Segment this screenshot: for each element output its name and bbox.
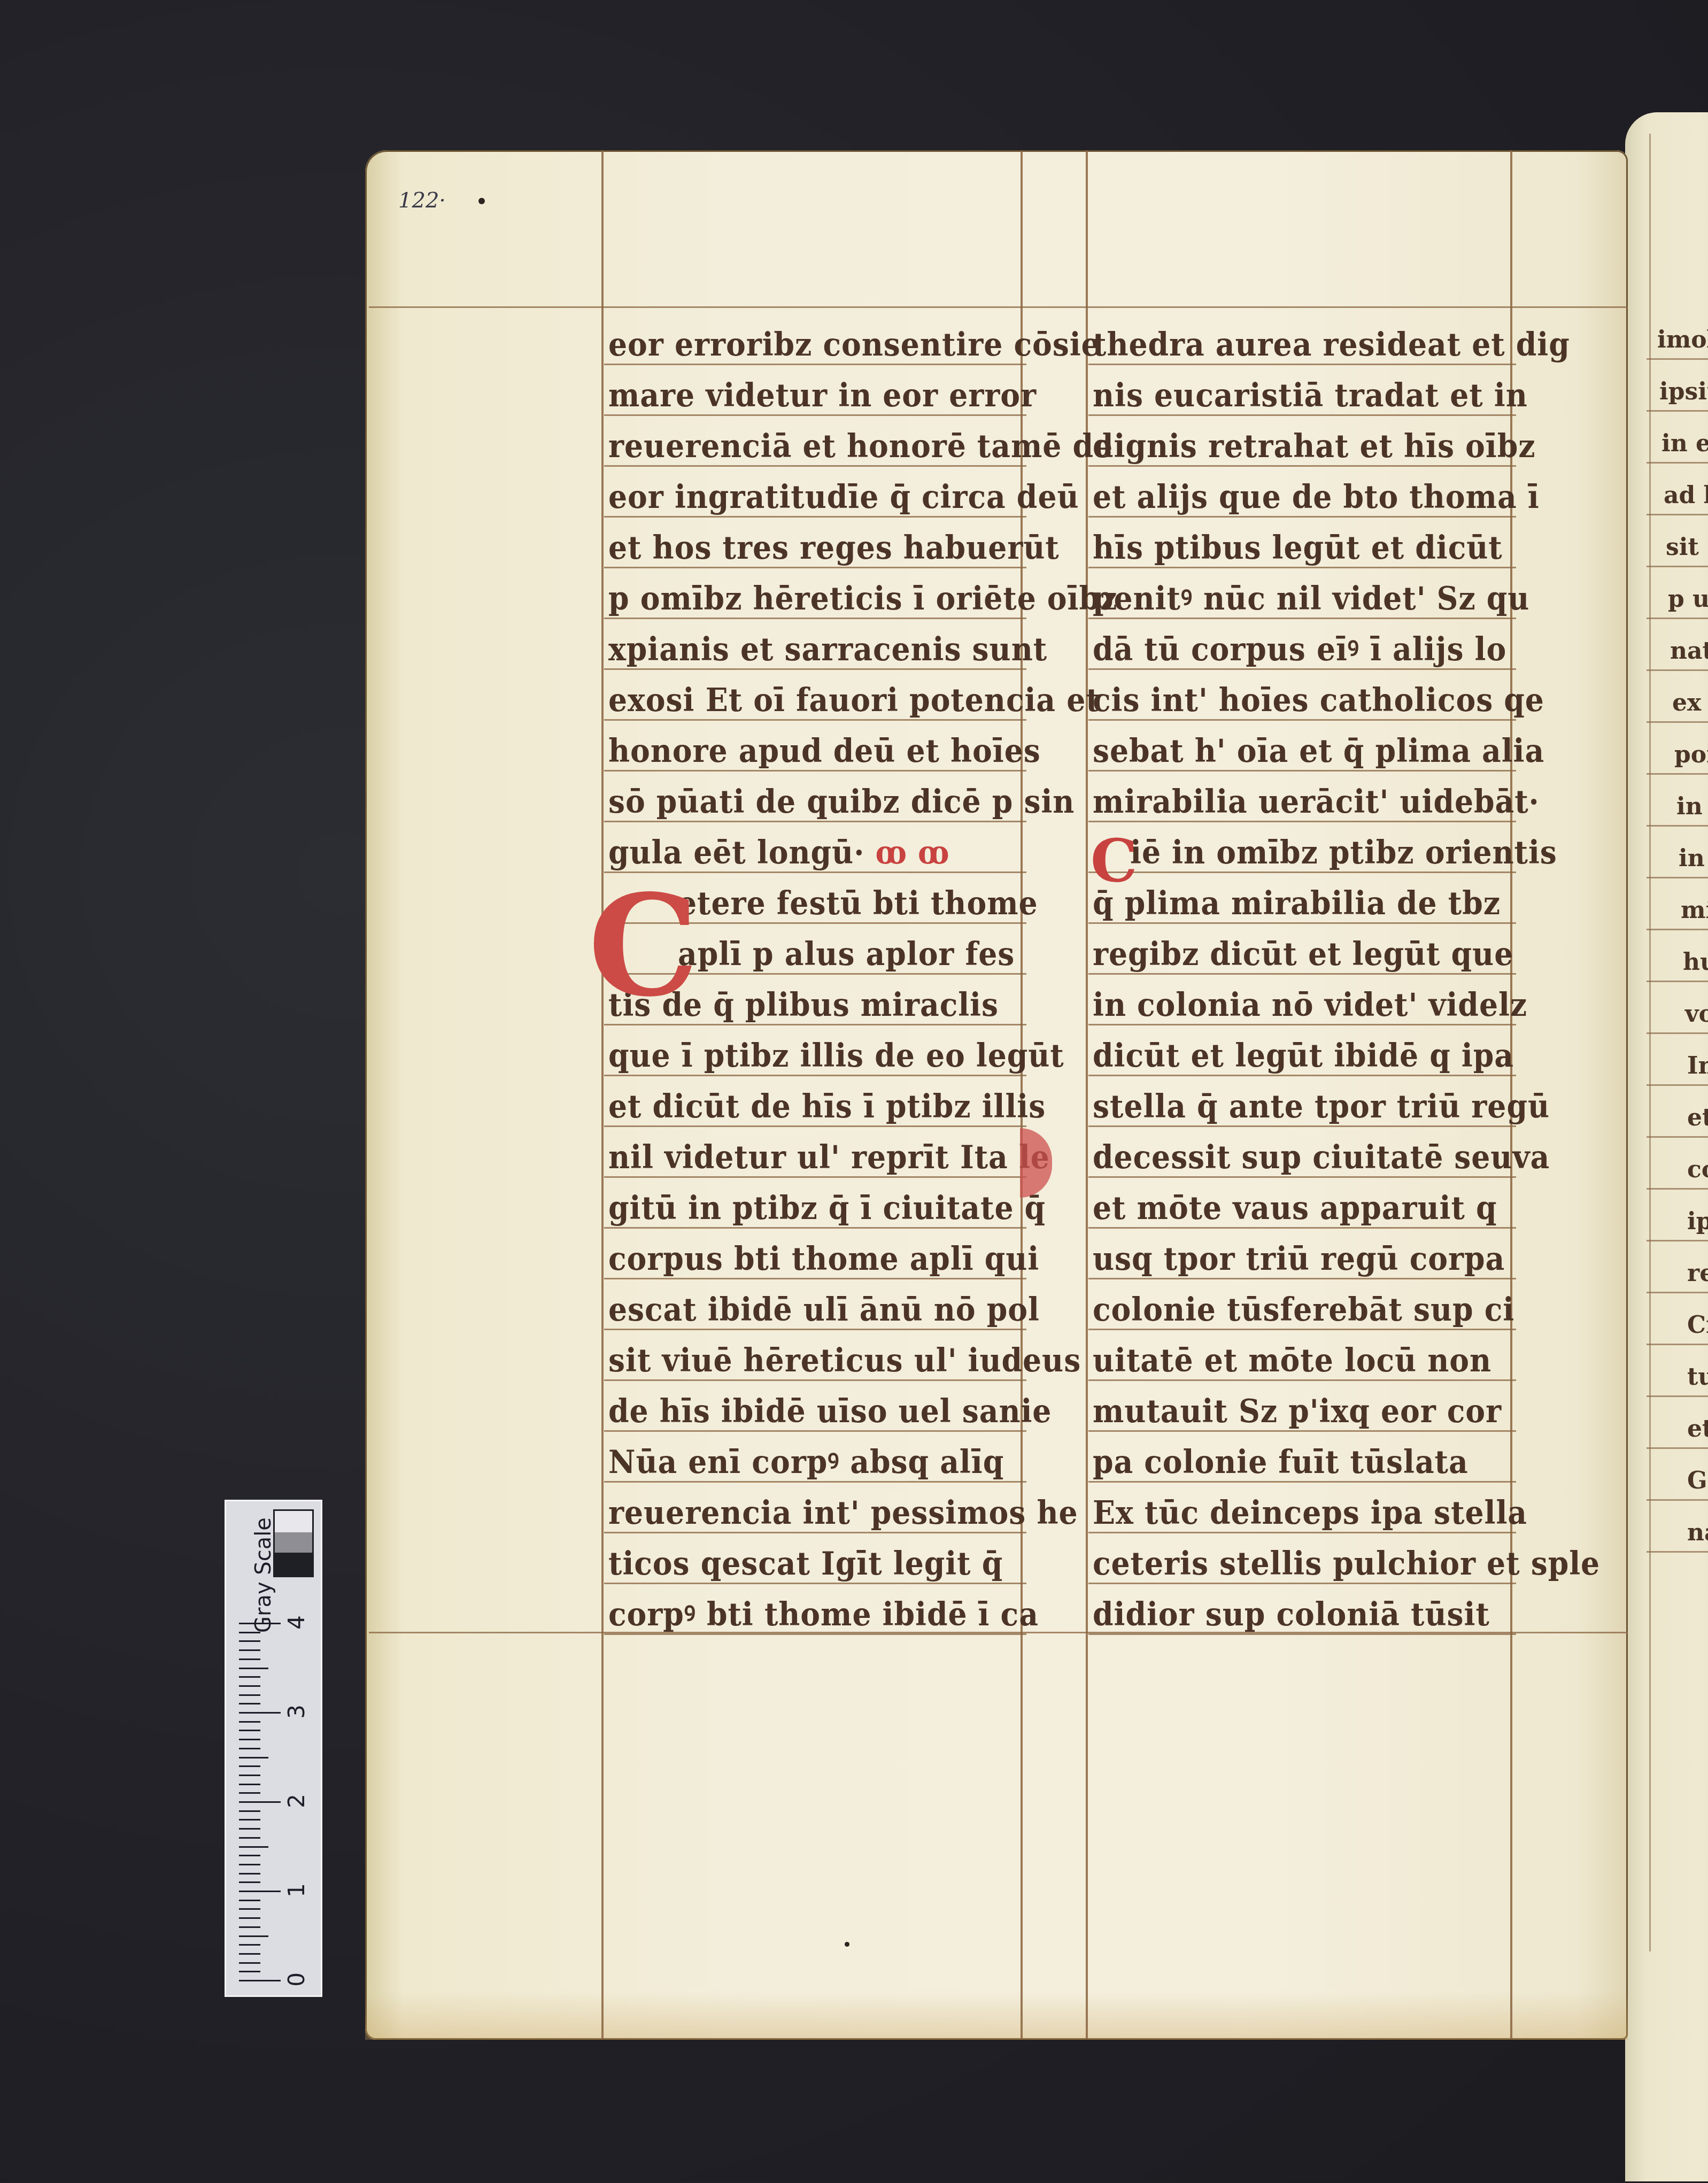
text-line: sit viuē hēreticus ul' iudeus [608, 1342, 1081, 1379]
line-ruling [1088, 1532, 1516, 1533]
ruler-tick [239, 1730, 260, 1731]
facing-line-ruling [1647, 514, 1708, 515]
text-line: Nūa enī corpꝰ absq alīq [608, 1444, 1004, 1481]
facing-line-ruling [1647, 566, 1708, 567]
facing-text-fragment: sit stel [1666, 534, 1708, 561]
text-line: eor ingratitudīe q̄ circa deū [608, 479, 1079, 516]
ruler-tick [239, 1980, 281, 1981]
facing-line-ruling [1647, 410, 1708, 412]
line-ruling [604, 668, 1026, 670]
line-ruling [1088, 1379, 1516, 1381]
ruler-tick [239, 1792, 260, 1794]
water-stain [365, 1992, 1628, 2040]
line-ruling [1088, 1176, 1516, 1178]
text-line: didior sup coloniā tūsit [1093, 1596, 1490, 1633]
text-line: eor erroribz consentire cōsie [608, 326, 1101, 364]
ruler-tick [239, 1721, 260, 1723]
gray-scale-card: Gray Scale 01234 [225, 1500, 322, 1997]
text-line: nil videtur ul' reprīt Ita le [608, 1139, 1050, 1176]
ruler-tick [239, 1819, 260, 1821]
line-ruling [604, 719, 1026, 721]
text-line: thedra aurea resideat et dig [1093, 326, 1570, 364]
text-line: dicūt et legūt ibidē q ipa [1093, 1037, 1514, 1075]
gray-scale-label: Gray Scale [251, 1516, 276, 1634]
facing-line-ruling [1647, 721, 1708, 723]
line-ruling [604, 1430, 1026, 1432]
ruler-tick [239, 1881, 260, 1883]
ruler-tick [239, 1846, 268, 1848]
line-ruling [604, 618, 1026, 619]
ruler-tick [239, 1935, 268, 1937]
line-ruling [1088, 922, 1516, 924]
text-line: pa colonie fuīt tūslata [1093, 1444, 1469, 1481]
text-line: dignis retrahat et hīs oībz [1093, 428, 1536, 465]
facing-line-ruling [1647, 1136, 1708, 1138]
facing-text-fragment: copus [1687, 1156, 1708, 1183]
ruler-tick [239, 1953, 260, 1955]
text-line: xpianis et sarracenis sunt [608, 631, 1047, 668]
facing-text-fragment: ex tu [1672, 689, 1708, 716]
facing-text-fragment: et [1687, 1415, 1708, 1443]
text-line: aplī p alus aplor fes [678, 936, 1015, 973]
line-ruling [1088, 364, 1516, 365]
ruler-tick [239, 1810, 260, 1812]
facing-page-ruling [1649, 134, 1651, 1951]
line-ruling [1088, 770, 1516, 772]
facing-text-fragment: hunchus [1683, 948, 1708, 976]
ruler-tick [239, 1623, 281, 1624]
text-line: gitū in ptibz q̄ ī ciuitate q̄ [608, 1190, 1046, 1227]
facing-text-fragment: et [1687, 1104, 1708, 1131]
ruler-tick [239, 1757, 268, 1758]
foliation-number: 122· [398, 188, 446, 213]
facing-line-ruling [1647, 618, 1708, 619]
ruler-tick [239, 1944, 260, 1946]
ruler-tick [239, 1668, 268, 1669]
text-line: sō pūati de quibz dicē p sin [608, 783, 1075, 821]
text-line: colonie tūsferebāt sup ci [1093, 1291, 1514, 1329]
line-ruling [1088, 567, 1516, 568]
line-ruling [604, 1125, 1026, 1127]
facing-text-fragment: in tru [1679, 845, 1708, 872]
text-line: de hīs ibidē uīso uel sanie [608, 1393, 1052, 1430]
text-line: honore apud deū et hoīes [608, 732, 1041, 770]
line-ruling [604, 1075, 1026, 1076]
facing-text-fragment: poni [1674, 741, 1708, 768]
facing-line-ruling [1647, 1395, 1708, 1397]
ruler-tick [239, 1900, 260, 1901]
text-line: et hos tres reges habuerūt [608, 529, 1060, 567]
ink-dot [478, 198, 485, 204]
text-line: uitatē et mōte locū non [1093, 1342, 1491, 1379]
facing-line-ruling [1647, 1032, 1708, 1034]
line-ruling [604, 1176, 1026, 1178]
text-line: penitꝰ nūc nil videt' Sz qu [1093, 580, 1529, 618]
facing-line-ruling [1647, 773, 1708, 775]
line-ruling [1088, 1024, 1516, 1025]
text-line: reuerenciā et honorē tamē de [608, 428, 1113, 465]
line-ruling [1088, 668, 1516, 670]
facing-text-fragment: ipa b [1687, 1208, 1708, 1235]
text-line: hīs ptibus legūt et dicūt [1093, 529, 1503, 567]
text-line: et alijs que de bto thoma ī [1093, 479, 1540, 516]
facing-text-fragment: ipsitem [1659, 378, 1708, 405]
ruler-tick [239, 1784, 260, 1785]
facing-page: imobilipsitemin eorad honsit stelp unina… [1625, 112, 1708, 2181]
ruler-tick [239, 1685, 260, 1687]
text-line: in colonia nō videt' videlz [1093, 986, 1527, 1024]
line-ruling [1088, 1329, 1516, 1330]
text-line: que ī ptibz illis de eo legūt [608, 1037, 1064, 1075]
ink-dot [845, 1942, 849, 1947]
facing-text-fragment: tu [1687, 1363, 1708, 1391]
text-line: dā tū corpus eīꝰ ī alijs lo [1093, 631, 1506, 668]
text-line: usq tpor triū regū corpa [1093, 1240, 1505, 1278]
text-line: mutauit Sz p'ixq eor cor [1093, 1393, 1502, 1430]
line-ruling [1088, 465, 1516, 467]
facing-line-ruling [1647, 929, 1708, 930]
line-ruling [1088, 871, 1516, 873]
text-line: exosi Et oī fauori potencia et [608, 682, 1100, 719]
line-ruling [1088, 414, 1516, 416]
line-ruling [604, 465, 1026, 467]
red-initial-c: C [1091, 831, 1138, 890]
line-ruling [1088, 821, 1516, 822]
line-ruling [1088, 719, 1516, 721]
ruler-tick [239, 1712, 281, 1714]
ruler-tick [239, 1659, 260, 1660]
line-ruling [604, 1227, 1026, 1229]
rubric-line-filler: ꝏ ꝏ [864, 834, 949, 871]
text-line: regibz dicūt et legūt que [1093, 936, 1513, 973]
text-line: cis int' hoīes catholicos qe [1093, 682, 1544, 719]
ruler-tick [239, 1632, 260, 1633]
text-line: sebat h' oīa et q̄ plima alia [1093, 732, 1544, 770]
line-ruling [604, 516, 1026, 518]
facing-text-fragment: natu [1670, 637, 1708, 665]
facing-line-ruling [1647, 1292, 1708, 1293]
text-line: p omībz hēreticis ī oriēte oībz [608, 580, 1117, 618]
text-line: escat ibidē ulī ānū nō pol [608, 1291, 1040, 1329]
text-line: etere festū bti thome [678, 885, 1038, 922]
ruler-tick [239, 1971, 260, 1972]
line-ruling [604, 821, 1026, 822]
facing-line-ruling [1647, 1499, 1708, 1501]
text-line: et dicūt de hīs ī ptibz illis [608, 1088, 1046, 1125]
ruler-tick [239, 1739, 260, 1740]
ruler-tick [239, 1864, 260, 1865]
text-line: nis eucaristiā tradat et in [1093, 377, 1528, 414]
line-ruling [604, 364, 1026, 365]
facing-line-ruling [1647, 1344, 1708, 1345]
line-ruling [1088, 973, 1516, 975]
line-ruling [1088, 1075, 1516, 1076]
line-ruling [604, 1532, 1026, 1533]
text-line: stella q̄ ante tpor triū regū [1093, 1088, 1550, 1125]
facing-line-ruling [1647, 825, 1708, 827]
facing-line-ruling [1647, 877, 1708, 878]
text-line: mirabilia uerācit' uidebāt· [1093, 783, 1540, 821]
swatch-black [273, 1553, 314, 1577]
ruler-tick [239, 1962, 260, 1964]
ruler-tick [239, 1676, 260, 1678]
column-ruling-left [601, 150, 604, 2040]
facing-text-fragment: vos [1685, 1000, 1708, 1028]
facing-text-fragment: regnu [1687, 1260, 1708, 1287]
text-line: Ex tūc deinceps ipa stella [1093, 1494, 1527, 1532]
text-line: q̄ plima mirabilia de tbz [1093, 885, 1501, 922]
facing-line-ruling [1647, 981, 1708, 982]
ruler-tick [239, 1926, 260, 1928]
ruler-tick [239, 1828, 260, 1830]
line-ruling [1088, 1583, 1516, 1584]
facing-text-fragment: natū [1687, 1519, 1708, 1546]
ruler-tick [239, 1908, 260, 1910]
facing-line-ruling [1647, 1188, 1708, 1190]
ruler-tick [239, 1649, 260, 1651]
line-ruling [1088, 1633, 1516, 1635]
facing-line-ruling [1647, 669, 1708, 671]
facing-text-fragment: mirabil [1681, 897, 1708, 924]
text-line: ceteris stellis pulchior et sple [1093, 1545, 1600, 1583]
line-ruling [604, 1633, 1026, 1635]
text-line: corpus bti thome aplī qui [608, 1240, 1039, 1278]
line-ruling [604, 770, 1026, 772]
facing-line-ruling [1647, 1240, 1708, 1241]
text-line: mare videtur in eor error [608, 377, 1037, 414]
line-ruling [604, 1379, 1026, 1381]
facing-line-ruling [1647, 1084, 1708, 1086]
facing-line-ruling [1647, 358, 1708, 360]
ruler-tick [239, 1694, 260, 1696]
ruler-number: 2 [283, 1794, 310, 1808]
line-ruling [1088, 1227, 1516, 1229]
ruler-tick [239, 1801, 281, 1803]
swatch-white [273, 1509, 314, 1532]
line-ruling [1088, 1430, 1516, 1432]
text-line: corpꝰ bti thome ibidē ī ca [608, 1596, 1039, 1633]
ruler-number: 3 [283, 1704, 310, 1719]
line-ruling [604, 414, 1026, 416]
line-ruling [1088, 1481, 1516, 1483]
facing-text-fragment: imobil [1657, 326, 1708, 353]
line-ruling [1088, 1125, 1516, 1127]
ruler-tick [239, 1748, 260, 1749]
ruler-tick [239, 1917, 260, 1919]
ruler-tick [239, 1855, 260, 1856]
ruler-tick [239, 1873, 260, 1875]
text-line: decessit sup ciuitatē seuva [1093, 1139, 1550, 1176]
ruler-tick [239, 1765, 260, 1767]
top-frame-ruling [369, 306, 1628, 308]
line-ruling [604, 1278, 1026, 1279]
facing-text-fragment: Generi [1687, 1467, 1708, 1494]
ruler-number: 1 [283, 1883, 310, 1897]
ruler-tick [239, 1775, 260, 1776]
facing-line-ruling [1647, 462, 1708, 464]
ruler-tick [239, 1891, 281, 1892]
ruler-tick [239, 1640, 260, 1642]
facing-text-fragment: ad hon [1664, 482, 1708, 509]
ruler-number: 0 [283, 1972, 310, 1987]
text-line: et mōte vaus apparuit q [1093, 1190, 1497, 1227]
ruler-tick [239, 1703, 260, 1704]
facing-text-fragment: p uni [1668, 585, 1708, 613]
facing-text-fragment: in eor [1661, 430, 1708, 457]
text-line: reuerencia int' pessimos he [608, 1494, 1078, 1532]
facing-text-fragment: in colo [1676, 793, 1708, 820]
line-ruling [1088, 516, 1516, 518]
facing-line-ruling [1647, 1551, 1708, 1553]
line-ruling [604, 1329, 1026, 1330]
line-ruling [604, 1583, 1026, 1584]
facing-text-fragment: Ind [1687, 1052, 1708, 1079]
ruler-number: 4 [283, 1615, 310, 1630]
facing-text-fragment: Circu [1687, 1312, 1708, 1339]
line-ruling [1088, 618, 1516, 619]
ruler-tick [239, 1837, 260, 1839]
line-ruling [604, 1481, 1026, 1483]
red-initial-c: C [588, 877, 699, 1016]
text-line: iē in omībz ptibz orientis [1130, 834, 1557, 871]
line-ruling [604, 567, 1026, 568]
swatch-gray [273, 1532, 314, 1553]
line-ruling [1088, 1278, 1516, 1279]
facing-line-ruling [1647, 1447, 1708, 1449]
text-line: ticos qescat Igīt legit q̄ [608, 1545, 1003, 1583]
